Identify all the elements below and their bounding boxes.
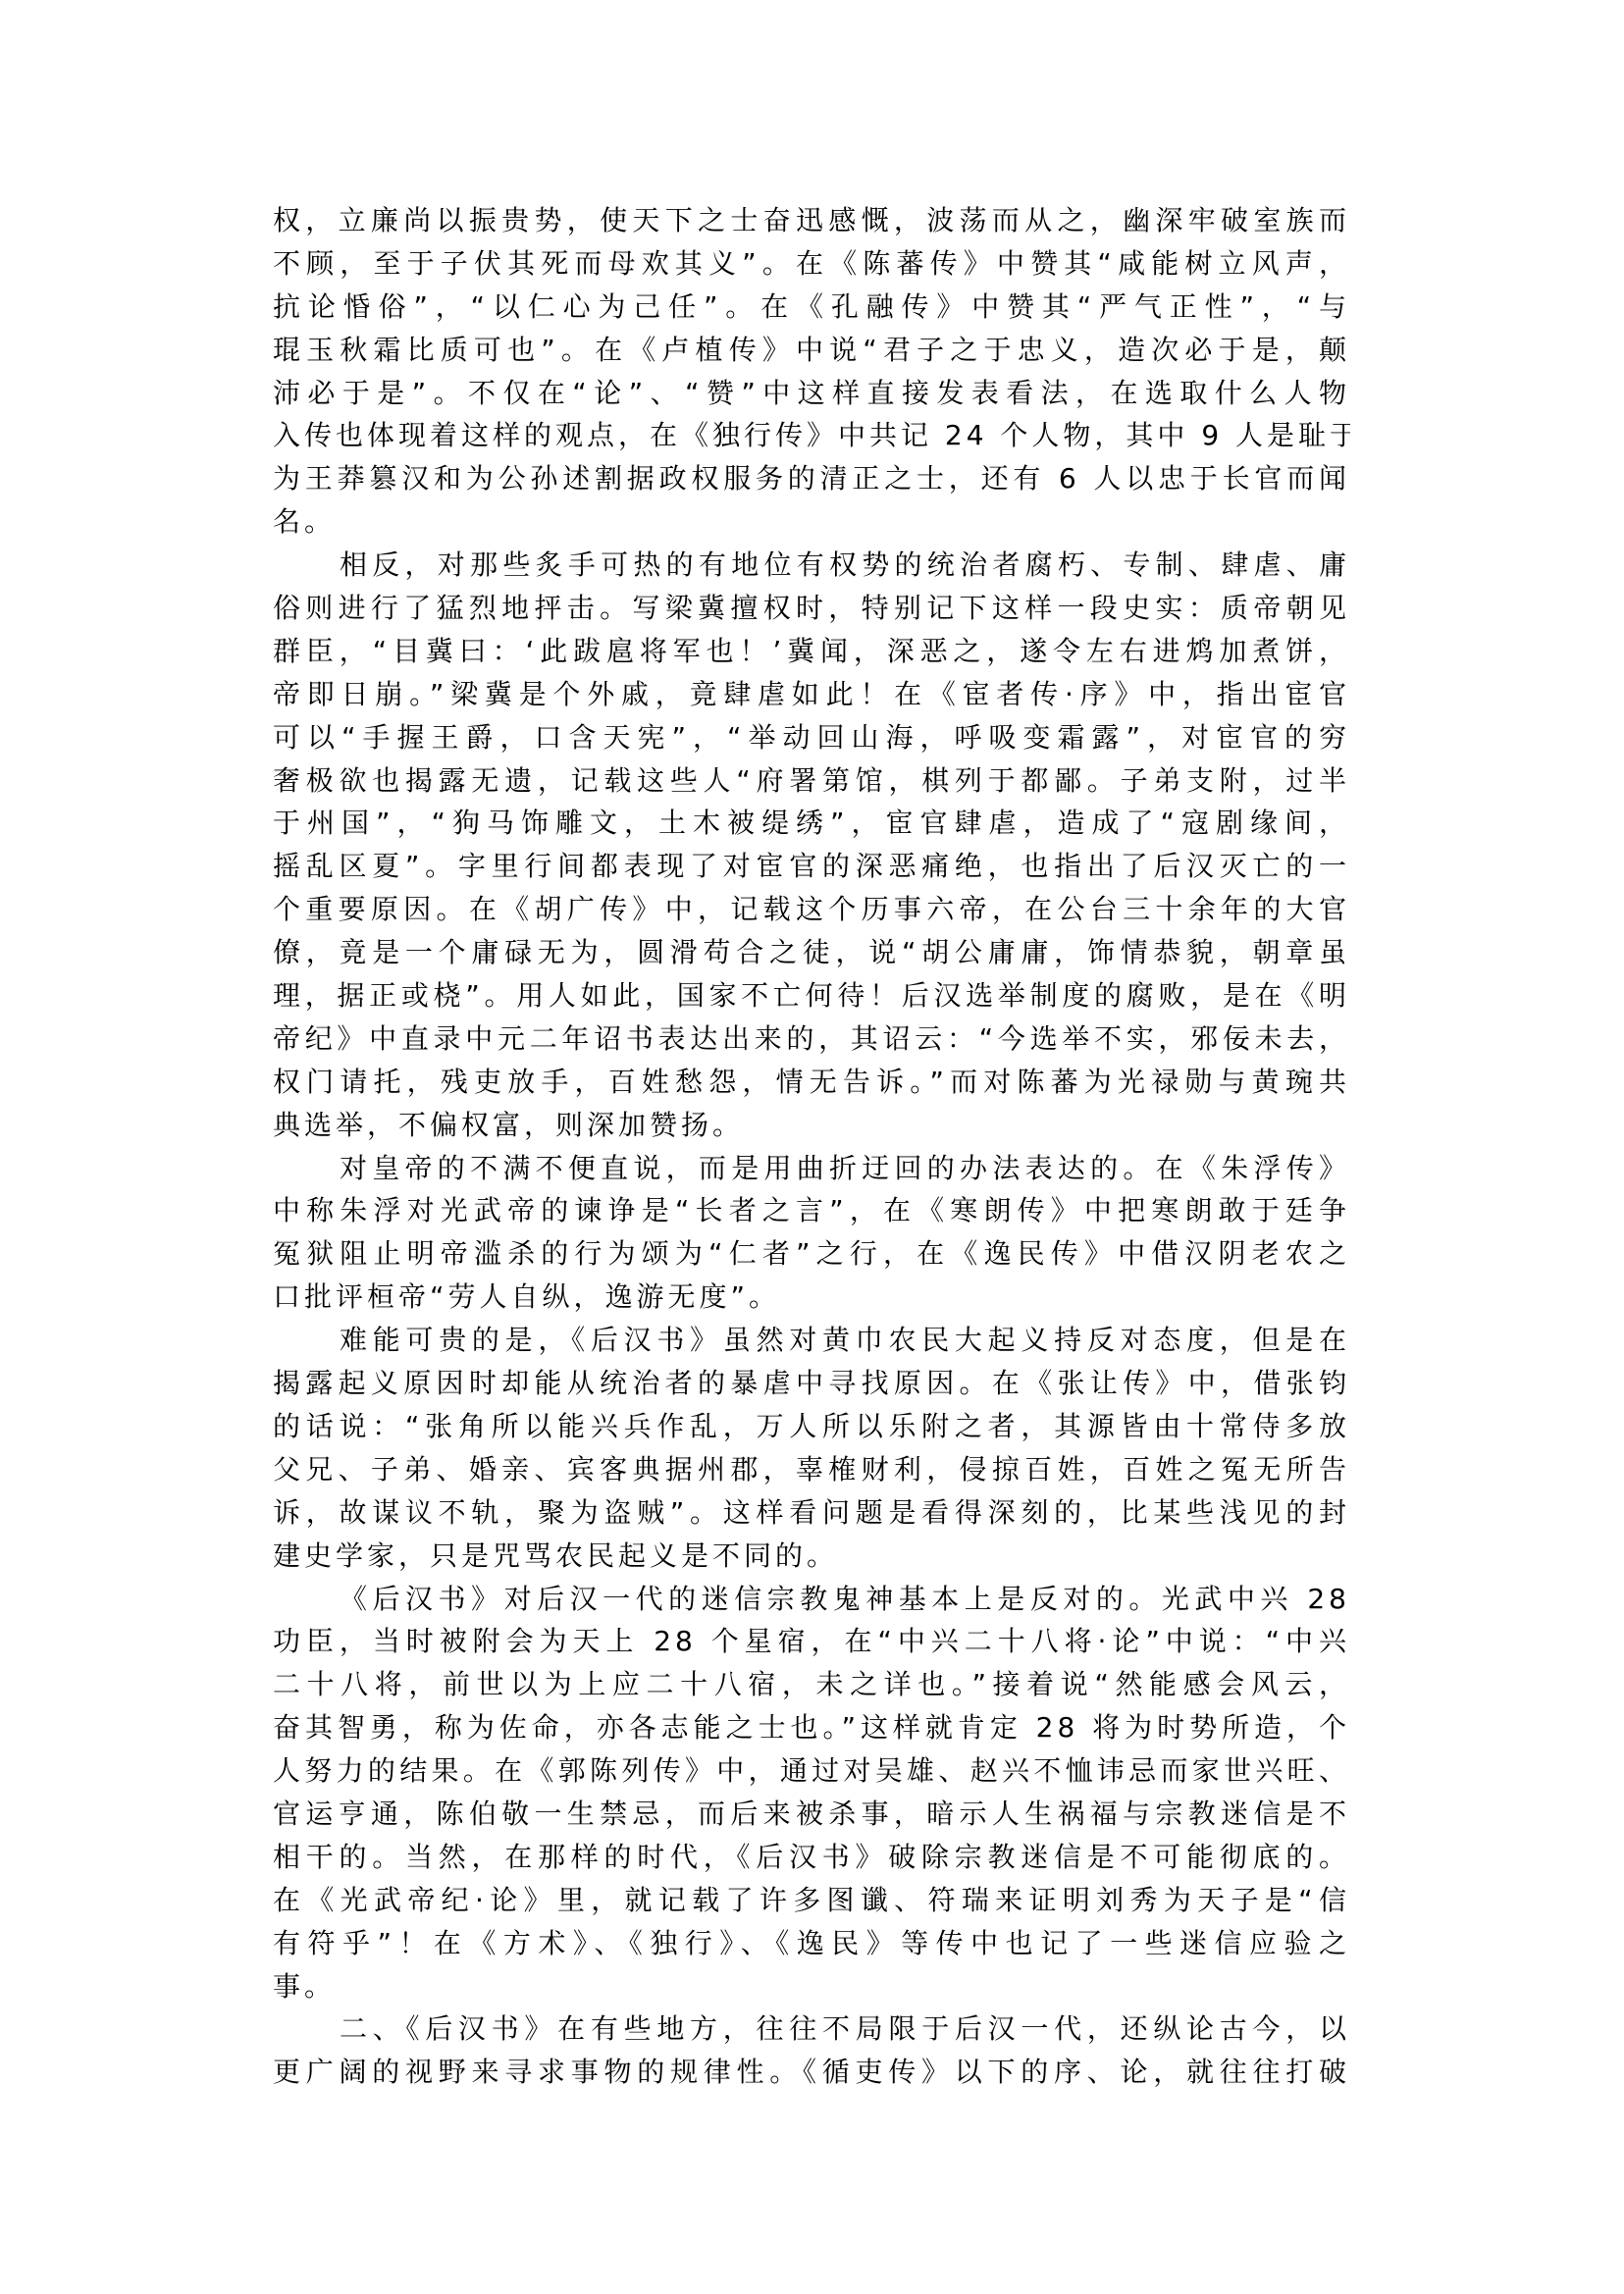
text-line: 口批评桓帝“劳人自纵，逸游无度”。: [273, 1276, 1350, 1319]
text-line: 功臣，当时被附会为天上 28 个星宿，在“中兴二十八将·论”中说：“中兴: [273, 1620, 1350, 1663]
text-line: 揭露起义原因时却能从统治者的暴虐中寻找原因。在《张让传》中，借张钧: [273, 1362, 1350, 1405]
text-line: 权，立廉尚以振贵势，使天下之士奋迅感慨，波荡而从之，幽深牢破室族而: [273, 199, 1350, 242]
text-line: 相干的。当然，在那样的时代，《后汉书》破除宗教迷信是不可能彻底的。: [273, 1836, 1350, 1879]
paragraph-3: 对皇帝的不满不便直说，而是用曲折迂回的办法表达的。在《朱浮传》 中称朱浮对光武帝…: [273, 1147, 1350, 1320]
paragraph-4: 难能可贵的是，《后汉书》虽然对黄巾农民大起义持反对态度，但是在 揭露起义原因时却…: [273, 1319, 1350, 1577]
paragraph-2: 相反，对那些炙手可热的有地位有权势的统治者腐朽、专制、肆虐、庸 俗则进行了猛烈地…: [273, 544, 1350, 1146]
text-line: 人努力的结果。在《郭陈列传》中，通过对吴雄、赵兴不恤讳忌而家世兴旺、: [273, 1749, 1350, 1793]
text-line: 在《光武帝纪·论》里，就记载了许多图谶、符瑞来证明刘秀为天子是“信: [273, 1879, 1350, 1922]
text-line: 权门请托，残吏放手，百姓愁怨，情无告诉。”而对陈蕃为光禄勋与黄琬共: [273, 1061, 1350, 1104]
text-line: 俗则进行了猛烈地抨击。写梁冀擅权时，特别记下这样一段史实：质帝朝见: [273, 587, 1350, 630]
paragraph-1: 权，立廉尚以振贵势，使天下之士奋迅感慨，波荡而从之，幽深牢破室族而 不顾，至于子…: [273, 199, 1350, 544]
text-line: 的话说：“张角所以能兴兵作乱，万人所以乐附之者，其源皆由十常侍多放: [273, 1405, 1350, 1448]
text-line: 有符乎”！在《方术》、《独行》、《逸民》等传中也记了一些迷信应验之: [273, 1922, 1350, 1965]
text-line: 不顾，至于子伏其死而母欢其义”。在《陈蕃传》中赞其“咸能树立风声，: [273, 242, 1350, 286]
text-line: 对皇帝的不满不便直说，而是用曲折迂回的办法表达的。在《朱浮传》: [273, 1147, 1350, 1190]
text-line: 二十八将，前世以为上应二十八宿，未之详也。”接着说“然能感会风云，: [273, 1663, 1350, 1706]
text-line: 官运亨通，陈伯敬一生禁忌，而后来被杀事，暗示人生祸福与宗教迷信是不: [273, 1793, 1350, 1836]
text-line: 摇乱区夏”。字里行间都表现了对宦官的深恶痛绝，也指出了后汉灭亡的一: [273, 845, 1350, 888]
text-line: 个重要原因。在《胡广传》中，记载这个历事六帝，在公台三十余年的大官: [273, 888, 1350, 931]
text-line: 理，据正或桡”。用人如此，国家不亡何待！后汉选举制度的腐败，是在《明: [273, 974, 1350, 1017]
text-line: 二、《后汉书》在有些地方，往往不局限于后汉一代，还纵论古今，以: [273, 2007, 1350, 2051]
text-line: 更广阔的视野来寻求事物的规律性。《循吏传》以下的序、论，就往往打破: [273, 2051, 1350, 2094]
text-line: 沛必于是”。不仅在“论”、“赞”中这样直接发表看法，在选取什么人物: [273, 372, 1350, 415]
text-line: 帝纪》中直录中元二年诏书表达出来的，其诏云：“今选举不实，邪佞未去，: [273, 1017, 1350, 1061]
text-line: 《后汉书》对后汉一代的迷信宗教鬼神基本上是反对的。光武中兴 28: [273, 1578, 1350, 1621]
text-line: 抗论惛俗”，“以仁心为己任”。在《孔融传》中赞其“严气正性”，“与: [273, 286, 1350, 329]
text-line: 入传也体现着这样的观点，在《独行传》中共记 24 个人物，其中 9 人是耻于: [273, 414, 1350, 457]
paragraph-6: 二、《后汉书》在有些地方，往往不局限于后汉一代，还纵论古今，以 更广阔的视野来寻…: [273, 2007, 1350, 2094]
body-text: 权，立廉尚以振贵势，使天下之士奋迅感慨，波荡而从之，幽深牢破室族而 不顾，至于子…: [273, 199, 1350, 2094]
text-line: 典选举，不偏权富，则深加赞扬。: [273, 1104, 1350, 1147]
text-line: 群臣，“目冀曰：‘此跋扈将军也！’冀闻，深恶之，遂令左右进鸩加煮饼，: [273, 630, 1350, 673]
text-line: 名。: [273, 500, 1350, 544]
text-line: 相反，对那些炙手可热的有地位有权势的统治者腐朽、专制、肆虐、庸: [273, 544, 1350, 587]
text-line: 为王莽篡汉和为公孙述割据政权服务的清正之士，还有 6 人以忠于长官而闻: [273, 457, 1350, 500]
text-line: 于州国”，“狗马饰雕文，土木被缇绣”，宦官肆虐，造成了“寇剧缘间，: [273, 802, 1350, 845]
text-line: 父兄、子弟、婚亲、宾客典据州郡，辜榷财利，侵掠百姓，百姓之冤无所告: [273, 1448, 1350, 1491]
text-line: 僚，竟是一个庸碌无为，圆滑苟合之徒，说“胡公庸庸，饰情恭貌，朝章虽: [273, 931, 1350, 974]
text-line: 奢极欲也揭露无遗，记载这些人“府署第馆，棋列于都鄙。子弟支附，过半: [273, 759, 1350, 803]
paragraph-5: 《后汉书》对后汉一代的迷信宗教鬼神基本上是反对的。光武中兴 28 功臣，当时被附…: [273, 1578, 1350, 2008]
text-line: 中称朱浮对光武帝的谏诤是“长者之言”，在《寒朗传》中把寒朗敢于廷争: [273, 1189, 1350, 1232]
text-line: 建史学家，只是咒骂农民起义是不同的。: [273, 1535, 1350, 1578]
text-line: 冤狱阻止明帝滥杀的行为颂为“仁者”之行，在《逸民传》中借汉阴老农之: [273, 1232, 1350, 1276]
text-line: 可以“手握王爵，口含天宪”，“举动回山海，呼吸变霜露”，对宦官的穷: [273, 716, 1350, 759]
document-page: 权，立廉尚以振贵势，使天下之士奋迅感慨，波荡而从之，幽深牢破室族而 不顾，至于子…: [0, 0, 1624, 2294]
text-line: 琨玉秋霜比质可也”。在《卢植传》中说“君子之于忠义，造次必于是，颠: [273, 329, 1350, 372]
text-line: 帝即日崩。”梁冀是个外戚，竟肆虐如此！在《宦者传·序》中，指出宦官: [273, 673, 1350, 716]
text-line: 难能可贵的是，《后汉书》虽然对黄巾农民大起义持反对态度，但是在: [273, 1319, 1350, 1362]
text-line: 诉，故谋议不轨，聚为盗贼”。这样看问题是看得深刻的，比某些浅见的封: [273, 1491, 1350, 1535]
text-line: 奋其智勇，称为佐命，亦各志能之士也。”这样就肯定 28 将为时势所造，个: [273, 1706, 1350, 1749]
text-line: 事。: [273, 1965, 1350, 2008]
